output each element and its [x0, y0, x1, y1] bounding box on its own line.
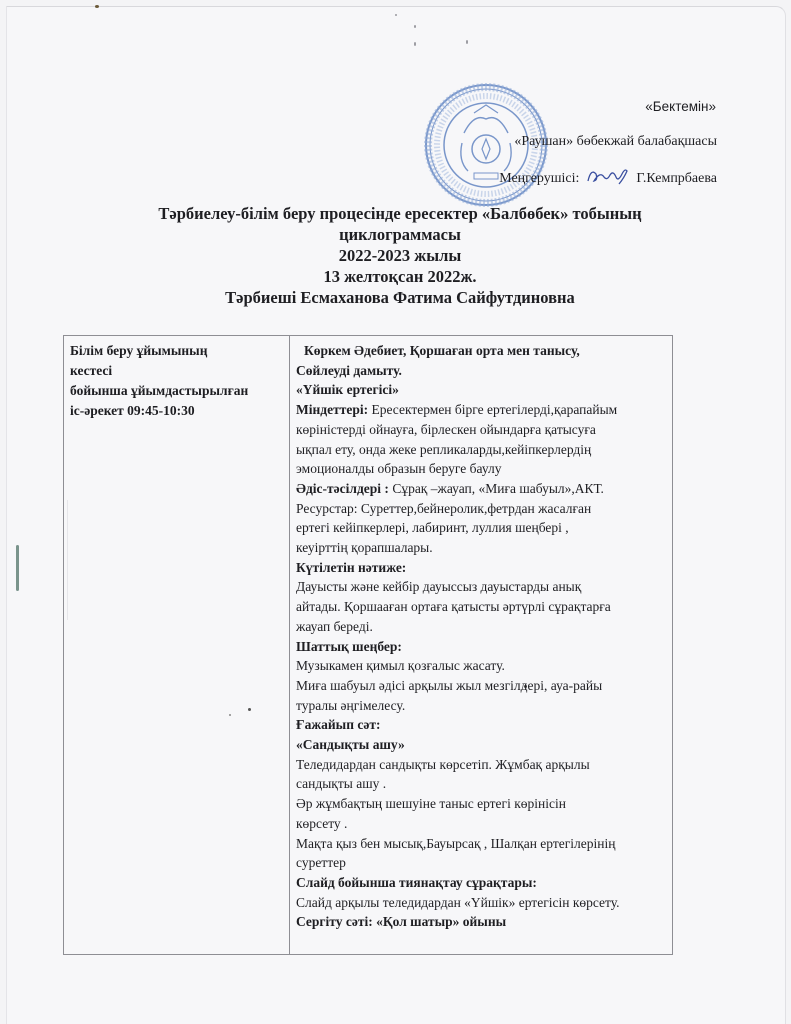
magic-moment-text: Теледидардан сандықты көрсетіп. Жұмбақ а… [296, 755, 667, 775]
approval-block: «Бектемін» «Раушан» бөбекжай балабақшасы… [499, 96, 717, 189]
scan-speck [395, 14, 397, 16]
joy-circle-text: туралы әңгімелесу. [296, 696, 667, 716]
scan-speck [414, 25, 416, 28]
lesson-topic: «Үйшік ертегісі» [296, 380, 667, 400]
joy-circle-label: Шаттық шеңбер: [296, 637, 667, 657]
document-heading: Тәрбиелеу-білім беру процесінде ересекте… [100, 203, 700, 308]
label-line: кестесі [70, 361, 283, 381]
schedule-label-cell: Білім беру ұйымының кестесі бойынша ұйым… [64, 336, 290, 954]
magic-moment-text: сандықты ашу . [296, 774, 667, 794]
objectives-text: көріністерді ойнауға, бірлескен ойындарғ… [296, 420, 667, 440]
approval-approved: «Бектемін» [499, 96, 717, 117]
title-line-2: циклограммасы [100, 224, 700, 245]
refresh-break: Сергіту сәті: «Қол шатыр» ойыны [296, 912, 667, 932]
scan-edge-mark [16, 545, 19, 591]
scan-speck [414, 42, 416, 46]
approval-org-name: «Раушан» бөбекжай балабақшасы [499, 131, 717, 152]
methods-text: Сұрақ –жауап, «Миға шабуыл»,АКТ. [389, 481, 604, 496]
joy-circle-text: Миға шабуыл әдісі арқылы жыл мезгілдері,… [296, 676, 667, 696]
resources-text: ертегі кейіпкерлері, лабиринт, луллия ше… [296, 518, 667, 538]
objectives-text: Ересектермен бірге ертегілерді,қарапайым [368, 402, 617, 417]
magic-moment-text: Мақта қыз бен мысық,Бауырсақ , Шалқан ер… [296, 834, 667, 854]
subjects: Көркем Әдебиет, Қоршаған орта мен танысу… [296, 341, 667, 361]
approval-head-line: Меңгерушісі: Г.Кемпрбаева [499, 166, 717, 189]
teacher-name: Тәрбиеші Есмаханова Фатима Сайфутдиновна [100, 287, 700, 308]
joy-circle-text: Музыкамен қимыл қозғалыс жасату. [296, 656, 667, 676]
label-line: Білім беру ұйымының [70, 341, 283, 361]
objectives: Міндеттері: Ересектермен бірге ертегілер… [296, 400, 667, 420]
label-line: бойынша ұйымдастырылған [70, 381, 283, 401]
academic-year: 2022-2023 жылы [100, 245, 700, 266]
activity-time: іс-әрекет 09:45-10:30 [70, 401, 283, 421]
methods: Әдіс-тәсілдері : Сұрақ –жауап, «Миға шаб… [296, 479, 667, 499]
expected-result-text: айтады. Қоршааған ортаға қатысты әртүрлі… [296, 597, 667, 617]
signature-icon [585, 166, 631, 186]
resources-text: кеуірттің қорапшалары. [296, 538, 667, 558]
schedule-table: Білім беру ұйымының кестесі бойынша ұйым… [63, 335, 673, 955]
expected-result-label: Күтілетін нәтиже: [296, 558, 667, 578]
slide-questions-label: Слайд бойынша тиянақтау сұрақтары: [296, 873, 667, 893]
objectives-text: эмоционалды образын беруге баулу [296, 459, 667, 479]
title-line-1: Тәрбиелеу-білім беру процесінде ересекте… [100, 203, 700, 224]
slide-questions-text: Слайд арқылы теледидардан «Үйшік» ертегі… [296, 893, 667, 913]
resources-text: Ресурстар: Суреттер,бейнеролик,фетрдан ж… [296, 499, 667, 519]
scan-speck [466, 40, 468, 44]
objectives-label: Міндеттері: [296, 402, 368, 417]
magic-moment-text: көрсету . [296, 814, 667, 834]
approval-head-name: Г.Кемпрбаева [636, 171, 717, 186]
expected-result-text: жауап береді. [296, 617, 667, 637]
magic-moment-text: суреттер [296, 853, 667, 873]
objectives-text: ықпал ету, онда жеке репликаларды,кейіпк… [296, 440, 667, 460]
approval-head-label: Меңгерушісі: [499, 171, 579, 186]
magic-moment-text: Әр жұмбақтың шешуіне таныс ертегі көріні… [296, 794, 667, 814]
methods-label: Әдіс-тәсілдері : [296, 481, 389, 496]
expected-result-text: Дауысты және кейбір дауыссыз дауыстарды … [296, 577, 667, 597]
document-date: 13 желтоқсан 2022ж. [100, 266, 700, 287]
subjects-cont: Сөйлеуді дамыту. [296, 361, 667, 381]
schedule-content-cell: Көркем Әдебиет, Қоршаған орта мен танысу… [290, 336, 672, 954]
magic-moment-title: «Сандықты ашу» [296, 735, 667, 755]
scan-speck [95, 5, 99, 8]
magic-moment-label: Ғажайып сәт: [296, 715, 667, 735]
